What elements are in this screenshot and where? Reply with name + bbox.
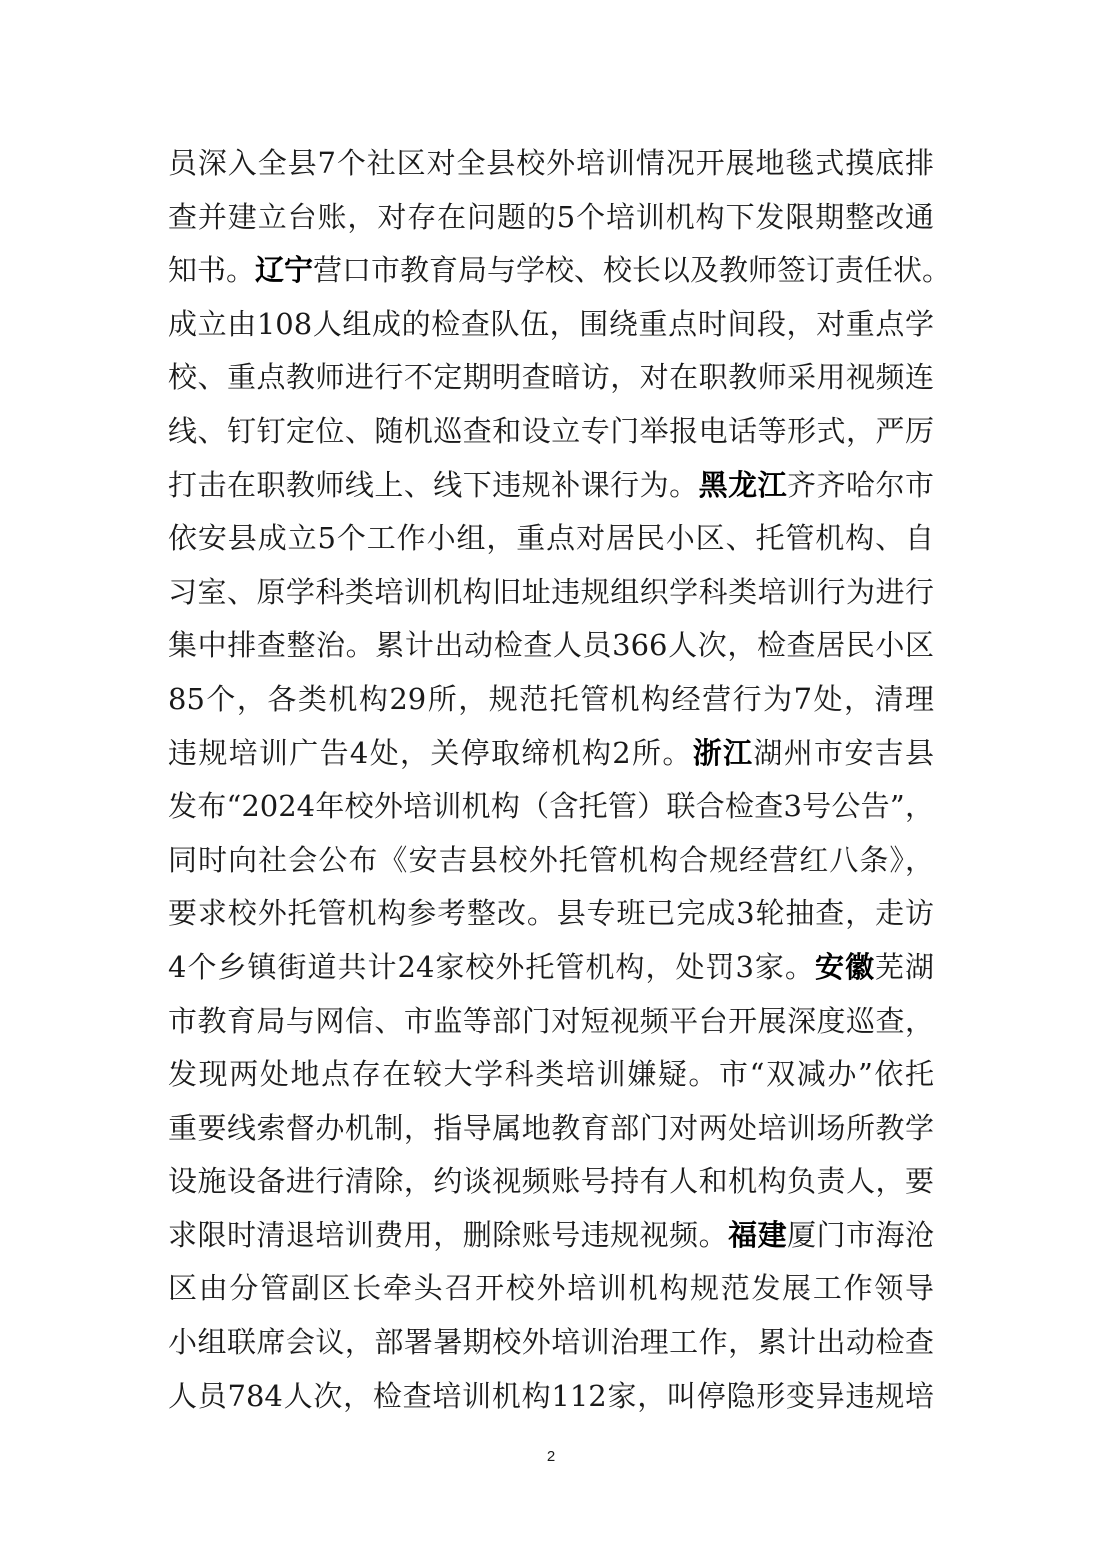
text-line: 4个乡镇街道共计24家校外托管机构，处罚3家。安徽芜湖 <box>168 941 934 995</box>
text-line: 校、重点教师进行不定期明查暗访，对在职教师采用视频连 <box>168 351 934 405</box>
text-line: 发现两处地点存在较大学科类培训嫌疑。市“双减办”依托 <box>168 1048 934 1102</box>
text-segment: 违规培训广告4处，关停取缔机构2所。 <box>168 736 693 770</box>
text-line: 集中排查整治。累计出动检查人员366人次，检查居民小区 <box>168 619 934 673</box>
province-name: 黑龙江 <box>699 468 787 502</box>
page-number: 2 <box>0 1448 1102 1465</box>
text-line: 违规培训广告4处，关停取缔机构2所。浙江湖州市安吉县 <box>168 727 934 781</box>
text-line: 小组联席会议，部署暑期校外培训治理工作，累计出动检查 <box>168 1316 934 1370</box>
text-segment: 知书。 <box>168 253 255 287</box>
text-segment: 要求校外托管机构参考整改。县专班已完成3轮抽查，走访 <box>168 896 934 930</box>
text-segment: 查并建立台账，对存在问题的5个培训机构下发限期整改通 <box>168 200 934 234</box>
text-segment: 区由分管副区长牵头召开校外培训机构规范发展工作领导 <box>168 1271 934 1305</box>
text-segment: 人员784人次，检查培训机构112家，叫停隐形变异违规培 <box>168 1379 934 1413</box>
text-line: 成立由108人组成的检查队伍，围绕重点时间段，对重点学 <box>168 298 934 352</box>
text-line: 知书。辽宁营口市教育局与学校、校长以及教师签订责任状。 <box>168 244 934 298</box>
text-segment: 4个乡镇街道共计24家校外托管机构，处罚3家。 <box>168 950 815 984</box>
text-segment: 齐齐哈尔市 <box>787 468 934 502</box>
text-segment: 同时向社会公布《安吉县校外托管机构合规经营红八条》， <box>168 843 934 877</box>
text-segment: 营口市教育局与学校、校长以及教师签订责任状。 <box>313 253 951 287</box>
text-line: 同时向社会公布《安吉县校外托管机构合规经营红八条》， <box>168 834 934 888</box>
province-name: 安徽 <box>815 950 875 984</box>
text-segment: 湖州市安吉县 <box>753 736 934 770</box>
province-name: 福建 <box>728 1218 787 1252</box>
text-segment: 85个，各类机构29所，规范托管机构经营行为7处，清理 <box>168 682 934 716</box>
document-page: 员深入全县7个社区对全县校外培训情况开展地毯式摸底排查并建立台账，对存在问题的5… <box>0 0 1102 1559</box>
text-line: 员深入全县7个社区对全县校外培训情况开展地毯式摸底排 <box>168 137 934 191</box>
text-segment: 习室、原学科类培训机构旧址违规组织学科类培训行为进行 <box>168 575 934 609</box>
text-segment: 发现两处地点存在较大学科类培训嫌疑。市“双减办”依托 <box>168 1057 934 1091</box>
text-line: 线、钉钉定位、随机巡查和设立专门举报电话等形式，严厉 <box>168 405 934 459</box>
text-segment: 校、重点教师进行不定期明查暗访，对在职教师采用视频连 <box>168 360 934 394</box>
text-segment: 设施设备进行清除，约谈视频账号持有人和机构负责人，要 <box>168 1164 934 1198</box>
text-segment: 求限时清退培训费用，删除账号违规视频。 <box>168 1218 728 1252</box>
text-segment: 集中排查整治。累计出动检查人员366人次，检查居民小区 <box>168 628 934 662</box>
text-line: 区由分管副区长牵头召开校外培训机构规范发展工作领导 <box>168 1262 934 1316</box>
text-line: 习室、原学科类培训机构旧址违规组织学科类培训行为进行 <box>168 566 934 620</box>
text-line: 打击在职教师线上、线下违规补课行为。黑龙江齐齐哈尔市 <box>168 459 934 513</box>
province-name: 辽宁 <box>255 253 313 287</box>
text-segment: 市教育局与网信、市监等部门对短视频平台开展深度巡查， <box>168 1004 934 1038</box>
province-name: 浙江 <box>693 736 754 770</box>
text-line: 依安县成立5个工作小组，重点对居民小区、托管机构、自 <box>168 512 934 566</box>
body-paragraph: 员深入全县7个社区对全县校外培训情况开展地毯式摸底排查并建立台账，对存在问题的5… <box>168 137 934 1423</box>
text-line: 人员784人次，检查培训机构112家，叫停隐形变异违规培 <box>168 1370 934 1424</box>
text-segment: 打击在职教师线上、线下违规补课行为。 <box>168 468 699 502</box>
text-line: 设施设备进行清除，约谈视频账号持有人和机构负责人，要 <box>168 1155 934 1209</box>
text-line: 85个，各类机构29所，规范托管机构经营行为7处，清理 <box>168 673 934 727</box>
text-line: 要求校外托管机构参考整改。县专班已完成3轮抽查，走访 <box>168 887 934 941</box>
text-segment: 依安县成立5个工作小组，重点对居民小区、托管机构、自 <box>168 521 934 555</box>
text-segment: 小组联席会议，部署暑期校外培训治理工作，累计出动检查 <box>168 1325 934 1359</box>
text-line: 市教育局与网信、市监等部门对短视频平台开展深度巡查， <box>168 995 934 1049</box>
text-segment: 发布“2024年校外培训机构（含托管）联合检查3号公告”， <box>168 789 934 823</box>
text-line: 重要线索督办机制，指导属地教育部门对两处培训场所教学 <box>168 1102 934 1156</box>
text-line: 求限时清退培训费用，删除账号违规视频。福建厦门市海沧 <box>168 1209 934 1263</box>
text-segment: 线、钉钉定位、随机巡查和设立专门举报电话等形式，严厉 <box>168 414 934 448</box>
text-segment: 厦门市海沧 <box>787 1218 934 1252</box>
text-segment: 员深入全县7个社区对全县校外培训情况开展地毯式摸底排 <box>168 146 934 180</box>
text-segment: 成立由108人组成的检查队伍，围绕重点时间段，对重点学 <box>168 307 934 341</box>
text-segment: 重要线索督办机制，指导属地教育部门对两处培训场所教学 <box>168 1111 934 1145</box>
text-line: 查并建立台账，对存在问题的5个培训机构下发限期整改通 <box>168 191 934 245</box>
text-segment: 芜湖 <box>875 950 934 984</box>
text-line: 发布“2024年校外培训机构（含托管）联合检查3号公告”， <box>168 780 934 834</box>
